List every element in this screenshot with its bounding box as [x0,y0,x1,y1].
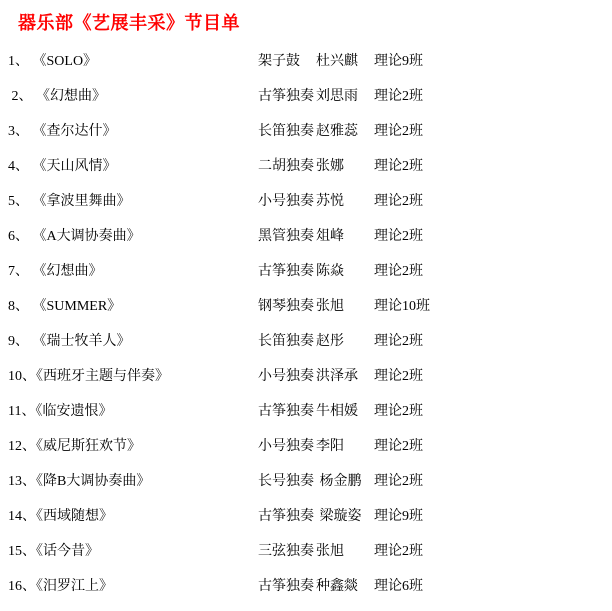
performer-name: 刘思雨 [316,79,358,114]
row-number-and-title: 13、《降B大调协奏曲》 [8,464,150,499]
row-number-and-title: 2、 《幻想曲》 [8,79,106,114]
program-row: 12、《威尼斯狂欢节》 小号独奏 李阳 理论2班 [0,429,612,464]
document-title: 器乐部《艺展丰采》节目单 [18,9,240,35]
program-row: 16、《汨罗江上》 古筝独奏 种鑫燚 理论6班 [0,569,612,604]
row-number: 15、 [8,544,36,559]
instrument-type: 长笛独奏 [258,324,314,359]
row-number: 10、 [8,369,36,384]
piece-title: 《西班牙主题与伴奏》 [36,369,169,384]
row-number: 1、 [8,54,33,69]
piece-title: 《SUMMER》 [33,299,122,314]
program-row: 5、 《拿波里舞曲》 小号独奏 苏悦 理论2班 [0,184,612,219]
performer-name: 梁璇姿 [316,499,362,534]
instrument-type: 古筝独奏 [258,499,314,534]
class-label: 理论2班 [374,254,423,289]
row-number: 5、 [8,194,33,209]
row-number-and-title: 9、 《瑞士牧羊人》 [8,324,131,359]
instrument-type: 古筝独奏 [258,569,314,604]
program-row: 13、《降B大调协奏曲》 长号独奏 杨金鹏 理论2班 [0,464,612,499]
row-number-and-title: 10、《西班牙主题与伴奏》 [8,359,169,394]
piece-title: 《瑞士牧羊人》 [33,334,131,349]
performer-name: 赵雅蕊 [316,114,358,149]
row-number-and-title: 7、 《幻想曲》 [8,254,103,289]
program-row: 9、 《瑞士牧羊人》 长笛独奏 赵彤 理论2班 [0,324,612,359]
piece-title: 《西域随想》 [36,509,113,524]
instrument-type: 二胡独奏 [258,149,314,184]
performer-name: 张旭 [316,534,344,569]
piece-title: 《汨罗江上》 [36,579,113,594]
piece-title: 《查尔达什》 [33,124,117,139]
row-number-and-title: 12、《威尼斯狂欢节》 [8,429,141,464]
program-row: 15、《话今昔》 三弦独奏 张旭 理论2班 [0,534,612,569]
class-label: 理论10班 [374,289,430,324]
program-row: 10、《西班牙主题与伴奏》 小号独奏 洪泽承 理论2班 [0,359,612,394]
instrument-type: 古筝独奏 [258,79,314,114]
instrument-type: 三弦独奏 [258,534,314,569]
performer-name: 赵彤 [316,324,344,359]
class-label: 理论2班 [374,534,423,569]
performer-name: 张旭 [316,289,344,324]
piece-title: 《幻想曲》 [36,89,106,104]
program-row: 7、 《幻想曲》 古筝独奏 陈焱 理论2班 [0,254,612,289]
instrument-type: 小号独奏 [258,359,314,394]
class-label: 理论2班 [374,429,423,464]
instrument-type: 古筝独奏 [258,254,314,289]
program-row: 1、 《SOLO》 架子鼓 杜兴麒 理论9班 [0,44,612,79]
row-number: 4、 [8,159,33,174]
piece-title: 《话今昔》 [36,544,99,559]
row-number: 12、 [8,439,36,454]
program-row: 11、《临安遗恨》 古筝独奏 牛相媛 理论2班 [0,394,612,429]
piece-title: 《拿波里舞曲》 [33,194,131,209]
class-label: 理论2班 [374,79,423,114]
instrument-type: 钢琴独奏 [258,289,314,324]
class-label: 理论9班 [374,44,423,79]
program-row: 8、 《SUMMER》 钢琴独奏 张旭 理论10班 [0,289,612,324]
row-number: 7、 [8,264,33,279]
class-label: 理论2班 [374,359,423,394]
class-label: 理论2班 [374,394,423,429]
instrument-type: 长号独奏 [258,464,314,499]
row-number: 11、 [8,404,35,419]
program-document: 器乐部《艺展丰采》节目单 1、 《SOLO》 架子鼓 杜兴麒 理论9班 2、 《… [0,0,612,611]
row-number-and-title: 5、 《拿波里舞曲》 [8,184,131,219]
piece-title: 《幻想曲》 [33,264,103,279]
class-label: 理论9班 [374,499,423,534]
class-label: 理论2班 [374,219,423,254]
instrument-type: 小号独奏 [258,429,314,464]
program-row: 2、 《幻想曲》 古筝独奏 刘思雨 理论2班 [0,79,612,114]
performer-name: 李阳 [316,429,344,464]
performer-name: 杨金鹏 [316,464,362,499]
row-number-and-title: 14、《西域随想》 [8,499,113,534]
performer-name: 洪泽承 [316,359,358,394]
performer-name: 陈焱 [316,254,344,289]
row-number-and-title: 1、 《SOLO》 [8,44,97,79]
piece-title: 《A大调协奏曲》 [33,229,141,244]
class-label: 理论2班 [374,184,423,219]
instrument-type: 架子鼓 [258,44,300,79]
row-number: 13、 [8,474,36,489]
piece-title: 《降B大调协奏曲》 [36,474,150,489]
row-number-and-title: 16、《汨罗江上》 [8,569,113,604]
class-label: 理论6班 [374,569,423,604]
instrument-type: 长笛独奏 [258,114,314,149]
row-number-and-title: 6、 《A大调协奏曲》 [8,219,141,254]
performer-name: 种鑫燚 [316,569,358,604]
program-row: 6、 《A大调协奏曲》 黑管独奏 俎峰 理论2班 [0,219,612,254]
row-number: 16、 [8,579,36,594]
row-number-and-title: 8、 《SUMMER》 [8,289,121,324]
piece-title: 《临安遗恨》 [35,404,112,419]
program-row: 4、 《天山风情》 二胡独奏 张娜 理论2班 [0,149,612,184]
program-list: 1、 《SOLO》 架子鼓 杜兴麒 理论9班 2、 《幻想曲》 古筝独奏 刘思雨… [0,44,612,604]
program-row: 3、 《查尔达什》 长笛独奏 赵雅蕊 理论2班 [0,114,612,149]
instrument-type: 古筝独奏 [258,394,314,429]
class-label: 理论2班 [374,324,423,359]
instrument-type: 小号独奏 [258,184,314,219]
row-number-and-title: 11、《临安遗恨》 [8,394,112,429]
piece-title: 《天山风情》 [33,159,117,174]
class-label: 理论2班 [374,114,423,149]
class-label: 理论2班 [374,464,423,499]
performer-name: 俎峰 [316,219,344,254]
performer-name: 牛相媛 [316,394,358,429]
program-row: 14、《西域随想》 古筝独奏 梁璇姿 理论9班 [0,499,612,534]
row-number: 9、 [8,334,33,349]
piece-title: 《威尼斯狂欢节》 [36,439,141,454]
row-number: 2、 [8,89,36,104]
row-number: 3、 [8,124,33,139]
row-number-and-title: 15、《话今昔》 [8,534,99,569]
performer-name: 苏悦 [316,184,344,219]
row-number: 8、 [8,299,33,314]
performer-name: 张娜 [316,149,344,184]
row-number: 6、 [8,229,33,244]
row-number: 14、 [8,509,36,524]
instrument-type: 黑管独奏 [258,219,314,254]
class-label: 理论2班 [374,149,423,184]
performer-name: 杜兴麒 [316,44,358,79]
piece-title: 《SOLO》 [33,54,98,69]
row-number-and-title: 3、 《查尔达什》 [8,114,117,149]
row-number-and-title: 4、 《天山风情》 [8,149,117,184]
